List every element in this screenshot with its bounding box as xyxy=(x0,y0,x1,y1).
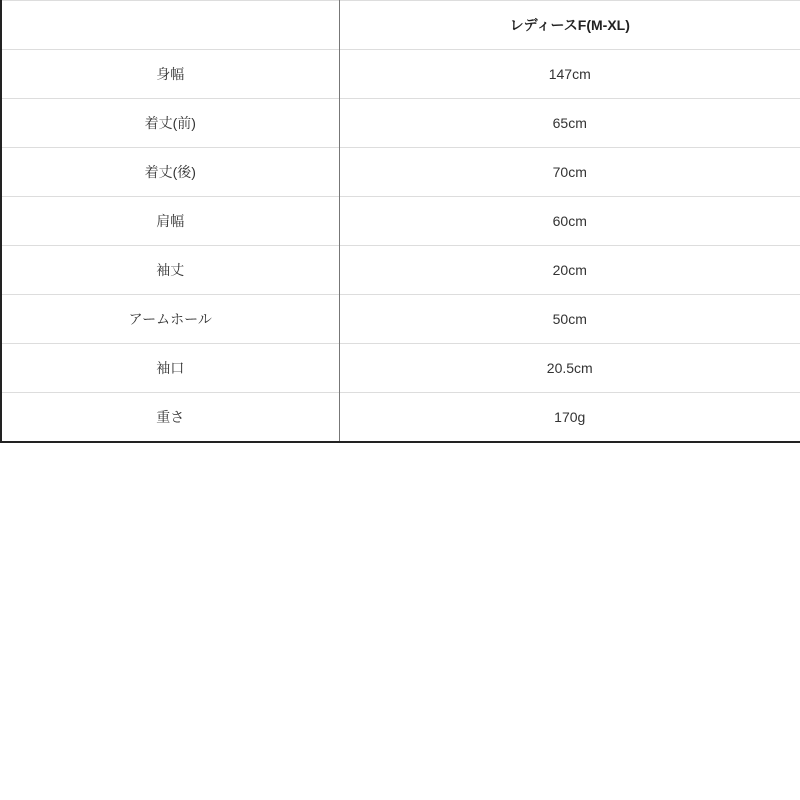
size-spec-table: レディースF(M-XL) 身幅 147cm 着丈(前) 65cm 着丈(後) 7… xyxy=(0,0,800,443)
measurement-value: 170g xyxy=(339,393,800,442)
table-row: アームホール 50cm xyxy=(1,295,800,344)
measurement-label: 身幅 xyxy=(1,50,339,99)
measurement-label: 袖口 xyxy=(1,344,339,393)
measurement-label: 着丈(前) xyxy=(1,99,339,148)
table-row: 袖丈 20cm xyxy=(1,246,800,295)
measurement-value: 20cm xyxy=(339,246,800,295)
measurement-value: 147cm xyxy=(339,50,800,99)
header-size-label: レディースF(M-XL) xyxy=(339,1,800,50)
table-row: 身幅 147cm xyxy=(1,50,800,99)
measurement-label: 重さ xyxy=(1,393,339,442)
measurement-value: 60cm xyxy=(339,197,800,246)
measurement-label: 袖丈 xyxy=(1,246,339,295)
table-header-row: レディースF(M-XL) xyxy=(1,1,800,50)
measurement-value: 50cm xyxy=(339,295,800,344)
measurement-value: 65cm xyxy=(339,99,800,148)
table-row: 袖口 20.5cm xyxy=(1,344,800,393)
page: レディースF(M-XL) 身幅 147cm 着丈(前) 65cm 着丈(後) 7… xyxy=(0,0,800,800)
table-row: 着丈(後) 70cm xyxy=(1,148,800,197)
measurement-value: 20.5cm xyxy=(339,344,800,393)
table-row: 着丈(前) 65cm xyxy=(1,99,800,148)
table-body: 身幅 147cm 着丈(前) 65cm 着丈(後) 70cm 肩幅 60cm 袖… xyxy=(1,50,800,442)
measurement-label: 着丈(後) xyxy=(1,148,339,197)
table-row: 肩幅 60cm xyxy=(1,197,800,246)
header-empty-cell xyxy=(1,1,339,50)
measurement-value: 70cm xyxy=(339,148,800,197)
table-header: レディースF(M-XL) xyxy=(1,1,800,50)
table-row: 重さ 170g xyxy=(1,393,800,442)
measurement-label: アームホール xyxy=(1,295,339,344)
measurement-label: 肩幅 xyxy=(1,197,339,246)
